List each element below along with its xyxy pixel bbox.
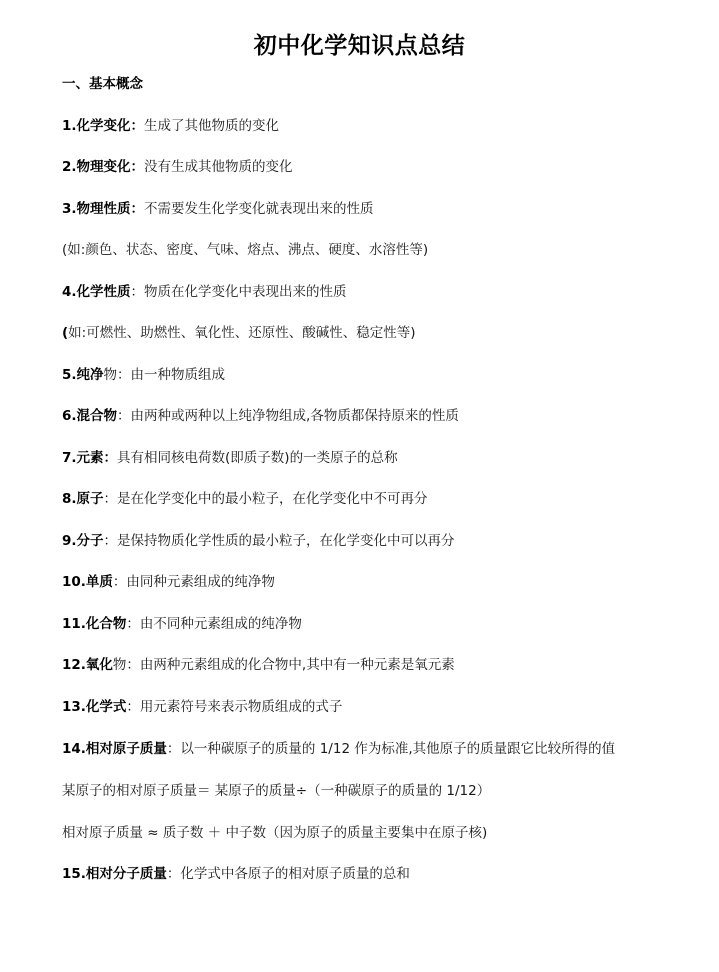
term-label: 12.氧化 [62,657,113,673]
definition-text: ：由同种元素组成的纯净物 [113,574,275,590]
definition-line: 8.原子：是在化学变化中的最小粒子，在化学变化中不可再分 [62,490,428,508]
term-label: 8.原子 [62,491,104,507]
definition-line: 11.化合物：由不同种元素组成的纯净物 [62,615,302,633]
definition-line: 6.混合物：由两种或两种以上纯净物组成,各物质都保持原来的性质 [62,407,459,425]
definition-text: ：由不同种元素组成的纯净物 [126,616,302,632]
definition-text: ：由两种或两种以上纯净物组成,各物质都保持原来的性质 [117,408,459,424]
definition-text: 生成了其他物质的变化 [144,118,279,134]
definition-line: 5.纯净物：由一种物质组成 [62,366,225,384]
term-label: 7.元素： [62,450,117,466]
definition-line: 3.物理性质：不需要发生化学变化就表现出来的性质 [62,200,374,218]
definition-text: 具有相同核电荷数(即质子数)的一类原子的总称 [117,450,398,466]
term-label: 4.化学性质 [62,284,131,300]
definition-line: 2.物理变化：没有生成其他物质的变化 [62,158,293,176]
definition-text: ：用元素符号来表示物质组成的式子 [126,699,342,715]
formula-text: 相对原子质量 ≈ 质子数 ＋ 中子数（因为原子的质量主要集中在原子核) [62,825,487,841]
definition-line: 4.化学性质：物质在化学变化中表现出来的性质 [62,283,347,301]
term-label: 6.混合物 [62,408,117,424]
section-heading: 一、基本概念 [62,75,143,93]
term-label: 13.化学式 [62,699,126,715]
definition-line: 13.化学式：用元素符号来表示物质组成的式子 [62,698,342,716]
formula-text: 某原子的相对原子质量＝ 某原子的质量÷（一种碳原子的质量的 1/12） [62,783,490,799]
term-label: 3.物理性质： [62,201,144,217]
definition-text: ：化学式中各原子的相对原子质量的总和 [167,866,410,882]
definition-text: ：物质在化学变化中表现出来的性质 [131,284,347,300]
formula-line: 某原子的相对原子质量＝ 某原子的质量÷（一种碳原子的质量的 1/12） [62,782,490,800]
term-label: 9.分子 [62,533,104,549]
term-label: 10.单质 [62,574,113,590]
definition-line: 14.相对原子质量：以一种碳原子的质量的 1/12 作为标准,其他原子的质量跟它… [62,740,615,758]
example-text: 如:可燃性、助燃性、氧化性、还原性、酸碱性、稳定性等) [68,325,415,341]
formula-line: 相对原子质量 ≈ 质子数 ＋ 中子数（因为原子的质量主要集中在原子核) [62,824,487,842]
definition-text: ：以一种碳原子的质量的 1/12 作为标准,其他原子的质量跟它比较所得的值 [167,741,615,757]
definition-line: 9.分子：是保持物质化学性质的最小粒子，在化学变化中可以再分 [62,532,455,550]
page-title: 初中化学知识点总结 [0,27,719,60]
term-label: 11.化合物 [62,616,126,632]
example-line: (如:可燃性、助燃性、氧化性、还原性、酸碱性、稳定性等) [62,324,416,342]
term-label: 2.物理变化： [62,159,144,175]
term-label: 14.相对原子质量 [62,741,167,757]
term-label: 15.相对分子质量 [62,866,167,882]
definition-text: ：是保持物质化学性质的最小粒子，在化学变化中可以再分 [104,533,455,549]
definition-text: 不需要发生化学变化就表现出来的性质 [144,201,374,217]
definition-text: 没有生成其他物质的变化 [144,159,293,175]
definition-text: 物：由一种物质组成 [104,367,226,383]
definition-text: 物：由两种元素组成的化合物中,其中有一种元素是氧元素 [113,657,455,673]
definition-line: 15.相对分子质量：化学式中各原子的相对原子质量的总和 [62,865,410,883]
definition-line: 7.元素：具有相同核电荷数(即质子数)的一类原子的总称 [62,449,398,467]
definition-line: 10.单质：由同种元素组成的纯净物 [62,573,275,591]
example-text: (如:颜色、状态、密度、气味、熔点、沸点、硬度、水溶性等) [62,242,428,258]
term-label: 1.化学变化： [62,118,144,134]
definition-text: ：是在化学变化中的最小粒子，在化学变化中不可再分 [104,491,428,507]
document-page: 初中化学知识点总结 一、基本概念 1.化学变化：生成了其他物质的变化 2.物理变… [0,0,719,972]
definition-line: 1.化学变化：生成了其他物质的变化 [62,117,279,135]
definition-line: 12.氧化物：由两种元素组成的化合物中,其中有一种元素是氧元素 [62,656,455,674]
term-label: 5.纯净 [62,367,104,383]
example-line: (如:颜色、状态、密度、气味、熔点、沸点、硬度、水溶性等) [62,241,428,259]
